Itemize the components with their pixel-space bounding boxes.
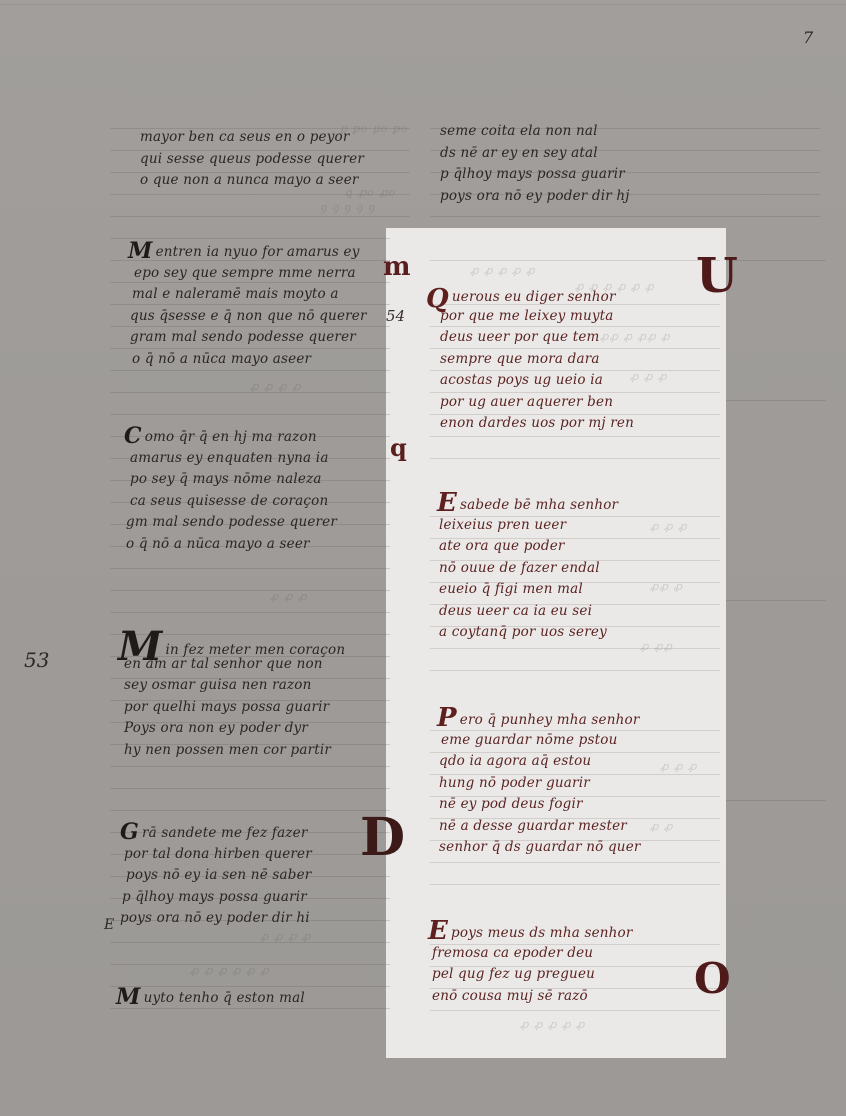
verse-line: ca seus quisesse de coraçon — [124, 491, 337, 513]
left-stanza-4: Min fez meter men coraçon en am ar tal s… — [118, 632, 345, 761]
drop-initial: P — [437, 708, 457, 728]
verse-line: pel qug fez ug pregueu — [428, 964, 633, 986]
verse-line: deus ueer ca ia eu sei — [437, 601, 618, 623]
verse-line: entren ia nyuo for amarus ey — [156, 244, 360, 260]
verse-line: o q̄ nō a nūca mayo aseer — [128, 349, 367, 371]
verse-line: o q̄ nō a nūca mayo a seer — [124, 534, 337, 556]
verse-line: omo q̄r q̄ en hj ma razon — [145, 429, 317, 445]
left-stanza-3: Como q̄r q̄ en hj ma razon amarus ey enq… — [124, 426, 337, 555]
verse-line: sey osmar guisa nen razon — [118, 675, 345, 697]
drop-initial: E — [437, 493, 457, 513]
verse-line: o que non a nunca mayo a seer — [140, 170, 364, 192]
verse-line: mal e naleramē mais moyto a — [128, 284, 367, 306]
verse-line: seme coita ela non nal — [440, 121, 630, 143]
right-stanza-5: Epoys meus ds mha senhor fremosa ca epod… — [428, 921, 633, 1007]
drop-initial: M — [128, 241, 153, 261]
verse-line: Poys ora non ey poder dyr — [118, 718, 345, 740]
guide-letter-m: m — [383, 254, 411, 280]
verse-line: qui sesse queus podesse querer — [140, 149, 364, 171]
verse-line: gram mal sendo podesse querer — [128, 327, 367, 349]
verse-line: ero q̄ punhey mha senhor — [460, 712, 640, 728]
verse-line: por tal dona hirben querer — [120, 844, 312, 866]
gutter-number: 54 — [386, 307, 405, 325]
guide-letter-q: q — [390, 436, 407, 460]
right-stanza-2: Querous eu diger senhor por que me leixe… — [426, 284, 634, 435]
verse-line: qus q̄sesse e q̄ non que nō querer — [128, 306, 367, 328]
drop-initial: G — [120, 822, 139, 842]
initial-u: U — [696, 252, 738, 300]
manuscript-page: ꝑ ꝑo ꝑo ꝑo ꝗ ꝓo ꝓo ꝯ ꝯ ꝯ ꝯ ꝯ ꝓ ꝓ ꝓ ꝓ ꝓ ꝓ… — [0, 0, 846, 1116]
margin-mark-e: E — [104, 917, 114, 933]
left-stanza-6: Muyto tenho q̄ eston mal — [116, 987, 305, 1009]
verse-line: nē a desse guardar mester — [437, 816, 641, 838]
left-stanza-1: mayor ben ca seus en o peyor qui sesse q… — [140, 127, 364, 192]
drop-initial: E — [428, 921, 448, 941]
verse-line: ds nē ar ey en sey atal — [440, 143, 630, 165]
verse-line: por que me leixey muyta — [426, 306, 634, 328]
verse-line: amarus ey enquaten nyna ia — [124, 448, 337, 470]
verse-line: po sey q̄ mays nōme naleza — [124, 469, 337, 491]
right-stanza-1: seme coita ela non nal ds nē ar ey en se… — [440, 121, 630, 207]
drop-initial: M — [116, 987, 141, 1007]
initial-d: D — [360, 812, 405, 864]
verse-line: poys ora nō ey poder dir hj — [440, 186, 630, 208]
verse-line: eme guardar nōme pstou — [437, 730, 641, 752]
verse-line: en am ar tal senhor que non — [118, 654, 345, 676]
verse-line: ate ora que poder — [437, 536, 618, 558]
right-stanza-4: Pero q̄ punhey mha senhor eme guardar nō… — [437, 708, 641, 859]
verse-line: epo sey que sempre mme nerra — [128, 263, 367, 285]
folio-number: 53 — [24, 648, 49, 672]
verse-line: senhor q̄ ds guardar nō quer — [437, 837, 641, 859]
verse-line: acostas poys ug ueio ia — [426, 370, 634, 392]
right-stanza-3: Esabede bē mha senhor leixeius pren ueer… — [437, 493, 618, 644]
verse-line: por ug auer aquerer ben — [426, 392, 634, 414]
verse-line: nē ey pod deus fogir — [437, 794, 641, 816]
verse-line: qdo ia agora aq̄ estou — [437, 751, 641, 773]
verse-line: a coytanq̄ por uos serey — [437, 622, 618, 644]
verse-line: rā sandete me fez fazer — [142, 825, 307, 841]
verse-line: poys meus ds mha senhor — [451, 925, 633, 941]
verse-line: p q̄lhoy mays possa guarir — [120, 887, 312, 909]
verse-line: poys ora nō ey poder dir hi — [120, 908, 312, 930]
page-top-edge — [0, 4, 846, 11]
left-stanza-2: Mentren ia nyuo for amarus ey epo sey qu… — [128, 241, 367, 370]
verse-line: fremosa ca epoder deu — [428, 943, 633, 965]
verse-line: enō cousa muj sē razō — [428, 986, 633, 1008]
initial-o: O — [694, 958, 731, 1000]
verse-line: sempre que mora dara — [426, 349, 634, 371]
verse-line: poys nō ey ia sen nē saber — [120, 865, 312, 887]
verse-line: leixeius pren ueer — [437, 515, 618, 537]
verse-line: p q̄lhoy mays possa guarir — [440, 164, 630, 186]
verse-line: hy nen possen men cor partir — [118, 740, 345, 762]
verse-line: deus ueer por que tem — [426, 327, 634, 349]
verse-line: uyto tenho q̄ eston mal — [144, 990, 305, 1006]
verse-line: sabede bē mha senhor — [460, 497, 618, 513]
verse-line: nō ouue de fazer endal — [437, 558, 618, 580]
drop-initial: C — [124, 426, 142, 446]
verse-line: uerous eu diger senhor — [452, 289, 616, 305]
verse-line: enon dardes uos por mj ren — [426, 413, 634, 435]
verse-line: eueio q̄ figi men mal — [437, 579, 618, 601]
verse-line: por quelhi mays possa guarir — [118, 697, 345, 719]
verse-line: mayor ben ca seus en o peyor — [140, 127, 364, 149]
top-right-mark: 7 — [803, 28, 813, 47]
verse-line: gm mal sendo podesse querer — [124, 512, 337, 534]
verse-line: hung nō poder guarir — [437, 773, 641, 795]
left-stanza-5: Grā sandete me fez fazer por tal dona hi… — [120, 822, 312, 930]
